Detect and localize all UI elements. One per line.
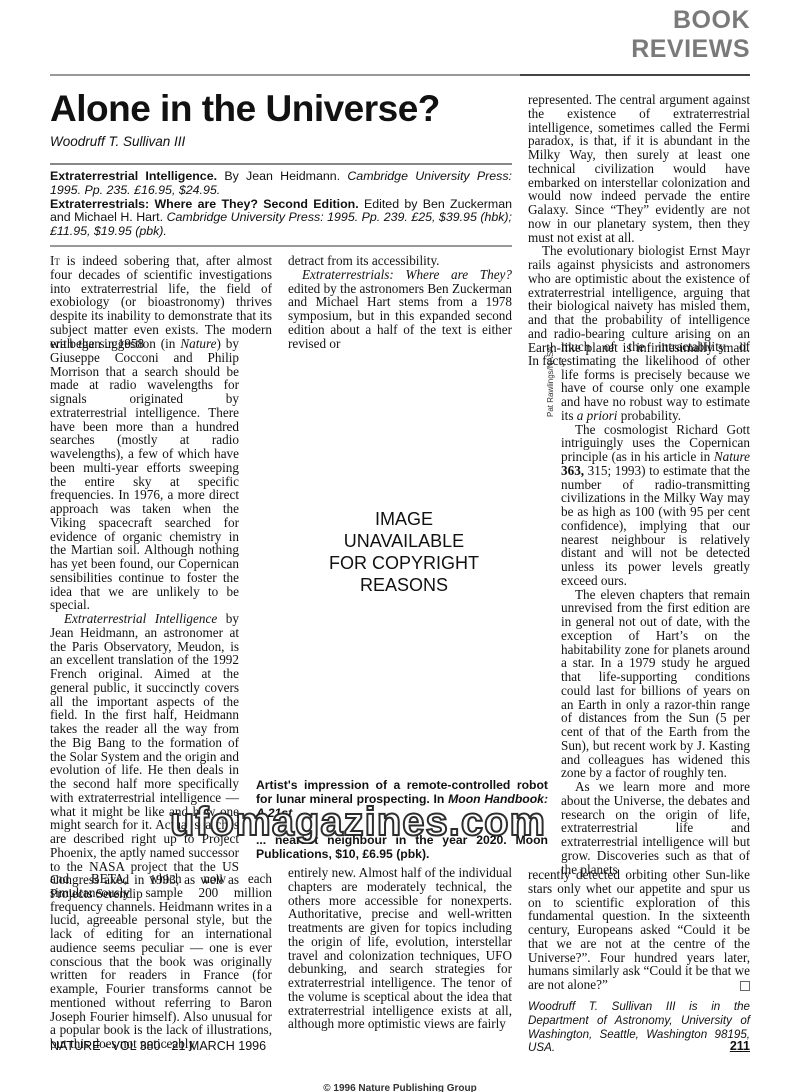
book-title: Extraterrestrial Intelligence. [50,169,217,183]
paragraph-text: 315; 1993) to estimate that the number o… [561,463,750,588]
paragraph: recently detected orbiting other Sun-lik… [528,868,750,992]
section-header: BOOK REVIEWS [560,6,750,64]
bookinfo-rule [50,245,512,247]
italic-term: a priori [577,408,618,423]
page-number: 211 [700,1039,750,1053]
right-column-top: represented. The central argument agains… [528,93,750,368]
paragraph: Extraterrestrials: Where are They? edite… [288,268,512,351]
paragraph: The eleven chapters that remain unrevise… [561,588,750,781]
watermark: ufomagazines.com [170,800,546,845]
volume-number: 363, [561,463,584,478]
title-rule [50,163,512,165]
journal-footer: NATURE · VOL 380 · 21 MARCH 1996 [50,1039,266,1053]
paragraph: detract from its accessibility. [288,254,512,268]
paragraph: As we learn more and more about the Univ… [561,780,750,876]
paragraph: The cosmologist Richard Gott intriguingl… [561,423,750,588]
paragraph-text: with the suggestion (in [50,336,180,351]
placeholder-line: UNAVAILABLE [288,530,520,552]
end-of-article-icon [740,981,750,991]
placeholder-line: IMAGE [288,508,520,530]
right-column-bottom: recently detected orbiting other Sun-lik… [528,868,750,992]
paragraph-text: recently detected orbiting other Sun-lik… [528,867,750,992]
journal-name: Nature [180,336,216,351]
middle-column-bottom: entirely new. Almost half of the individ… [288,866,512,1031]
placeholder-line: REASONS [288,574,520,596]
paragraph-text: by Jean Heidmann, an astronomer at the P… [50,611,239,901]
top-rule-right [520,74,750,76]
dropcap: It [50,253,60,268]
placeholder-line: FOR COPYRIGHT [288,552,520,574]
paragraph-text: probability. [617,408,681,423]
book-title-ref: Extraterrestrial Intelligence [64,611,217,626]
paragraph: and BETA, which now each simultaneously … [50,872,272,1051]
top-rule-left [50,74,520,76]
book-title-ref: Extraterrestrials: Where are They? [302,267,512,282]
paragraph: Extraterrestrial Intelligence by Jean He… [50,612,239,901]
journal-name: Nature [714,449,750,464]
image-unavailable-text: IMAGE UNAVAILABLE FOR COPYRIGHT REASONS [288,508,520,596]
book-title: Extraterrestrials: Where are They? Secon… [50,197,359,211]
book-entry: Extraterrestrials: Where are They? Secon… [50,198,512,239]
article-title: Alone in the Universe? [50,88,440,130]
paragraph: represented. The central argument agains… [528,93,750,244]
right-column-narrow: much of the intractability of estimating… [561,340,750,876]
middle-column-top: detract from its accessibility. Extrater… [288,254,512,350]
paragraph-text: ) by Giuseppe Cocconi and Philip Morriso… [50,336,239,612]
book-byline: By Jean Heidmann. [224,169,340,183]
book-info: Extraterrestrial Intelligence. By Jean H… [50,170,512,239]
figure-placeholder: IMAGE UNAVAILABLE FOR COPYRIGHT REASONS [288,340,520,770]
paragraph: with the suggestion (in Nature) by Giuse… [50,337,239,612]
paragraph: much of the intractability of estimating… [561,340,750,423]
left-column-bottom: and BETA, which now each simultaneously … [50,872,272,1051]
copyright-notice: © 1996 Nature Publishing Group [0,1083,800,1092]
article-author: Woodruff T. Sullivan III [50,134,185,149]
book-entry: Extraterrestrial Intelligence. By Jean H… [50,170,512,198]
paragraph: entirely new. Almost half of the individ… [288,866,512,1031]
